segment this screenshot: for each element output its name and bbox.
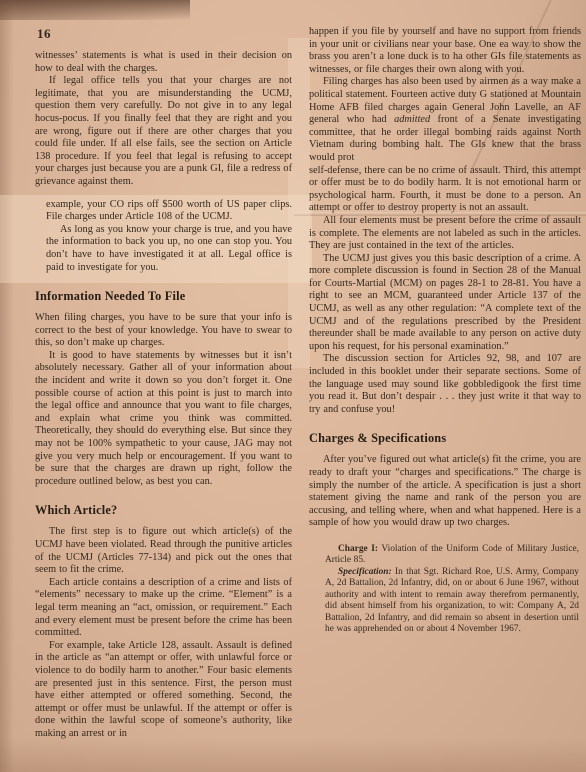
charge-sample-block: Charge I: Violation of the Uniform Code … — [309, 544, 581, 636]
paragraph-statements: It is good to have statements by witness… — [35, 350, 292, 489]
paragraph-article-128: For example, take Article 128, assault. … — [35, 640, 292, 741]
heading-charges-specifications: Charges & Specifications — [309, 431, 581, 445]
paper-shadow-top-left — [0, 0, 190, 20]
paragraph-ucmj-description: The UCMJ just gives you this basic descr… — [309, 253, 581, 354]
paragraph-when-filing: When filing charges, you have to be sure… — [35, 312, 292, 350]
paragraph-after-figured: After you’ve figured out what article(s)… — [309, 454, 581, 530]
paragraph-each-article: Each article contains a description of a… — [35, 577, 292, 640]
specification-label: Specification: — [338, 567, 392, 577]
paragraph-discussion-section: The discussion section for Articles 92, … — [309, 353, 581, 416]
paragraph-filing-political: Filing charges has also been used by air… — [309, 76, 581, 164]
example-block: example, your CO rips off $500 worth of … — [35, 199, 292, 275]
specification-line: Specification: In that Sgt. Richard Roe,… — [325, 567, 579, 636]
heading-information-needed: Information Needed To File — [35, 289, 292, 303]
right-column: happen if you file by yourself and have … — [309, 26, 581, 741]
paper-shadow-left-edge — [0, 0, 14, 772]
filing-text-admitted: admitted — [394, 114, 430, 125]
paragraph-as-long-as: As long as you know your charge is true,… — [46, 224, 292, 274]
scanned-booklet-page: 16 witnesses’ statements is what is used… — [0, 0, 586, 772]
paragraph-self-defense: self-defense, there can be no crime of a… — [309, 165, 581, 215]
left-column: 16 witnesses’ statements is what is used… — [35, 26, 292, 741]
paper-shadow-bottom — [0, 738, 586, 772]
page-content: 16 witnesses’ statements is what is used… — [35, 26, 581, 741]
paragraph-four-elements: All four elements must be present before… — [309, 215, 581, 253]
paragraph-legal-office: If legal office tells you that your char… — [35, 75, 292, 188]
paragraph-support: happen if you file by yourself and have … — [309, 26, 581, 76]
charge-line: Charge I: Violation of the Uniform Code … — [325, 544, 579, 567]
specification-text: In that Sgt. Richard Roe, U.S. Army, Com… — [325, 567, 579, 635]
heading-which-article: Which Article? — [35, 503, 292, 517]
paragraph-example: example, your CO rips off $500 worth of … — [46, 199, 292, 224]
page-number: 16 — [37, 26, 292, 42]
paragraph-first-step: The first step is to figure out which ar… — [35, 526, 292, 576]
paragraph-witnesses: witnesses’ statements is what is used in… — [35, 50, 292, 75]
charge-label: Charge I: — [338, 544, 378, 554]
